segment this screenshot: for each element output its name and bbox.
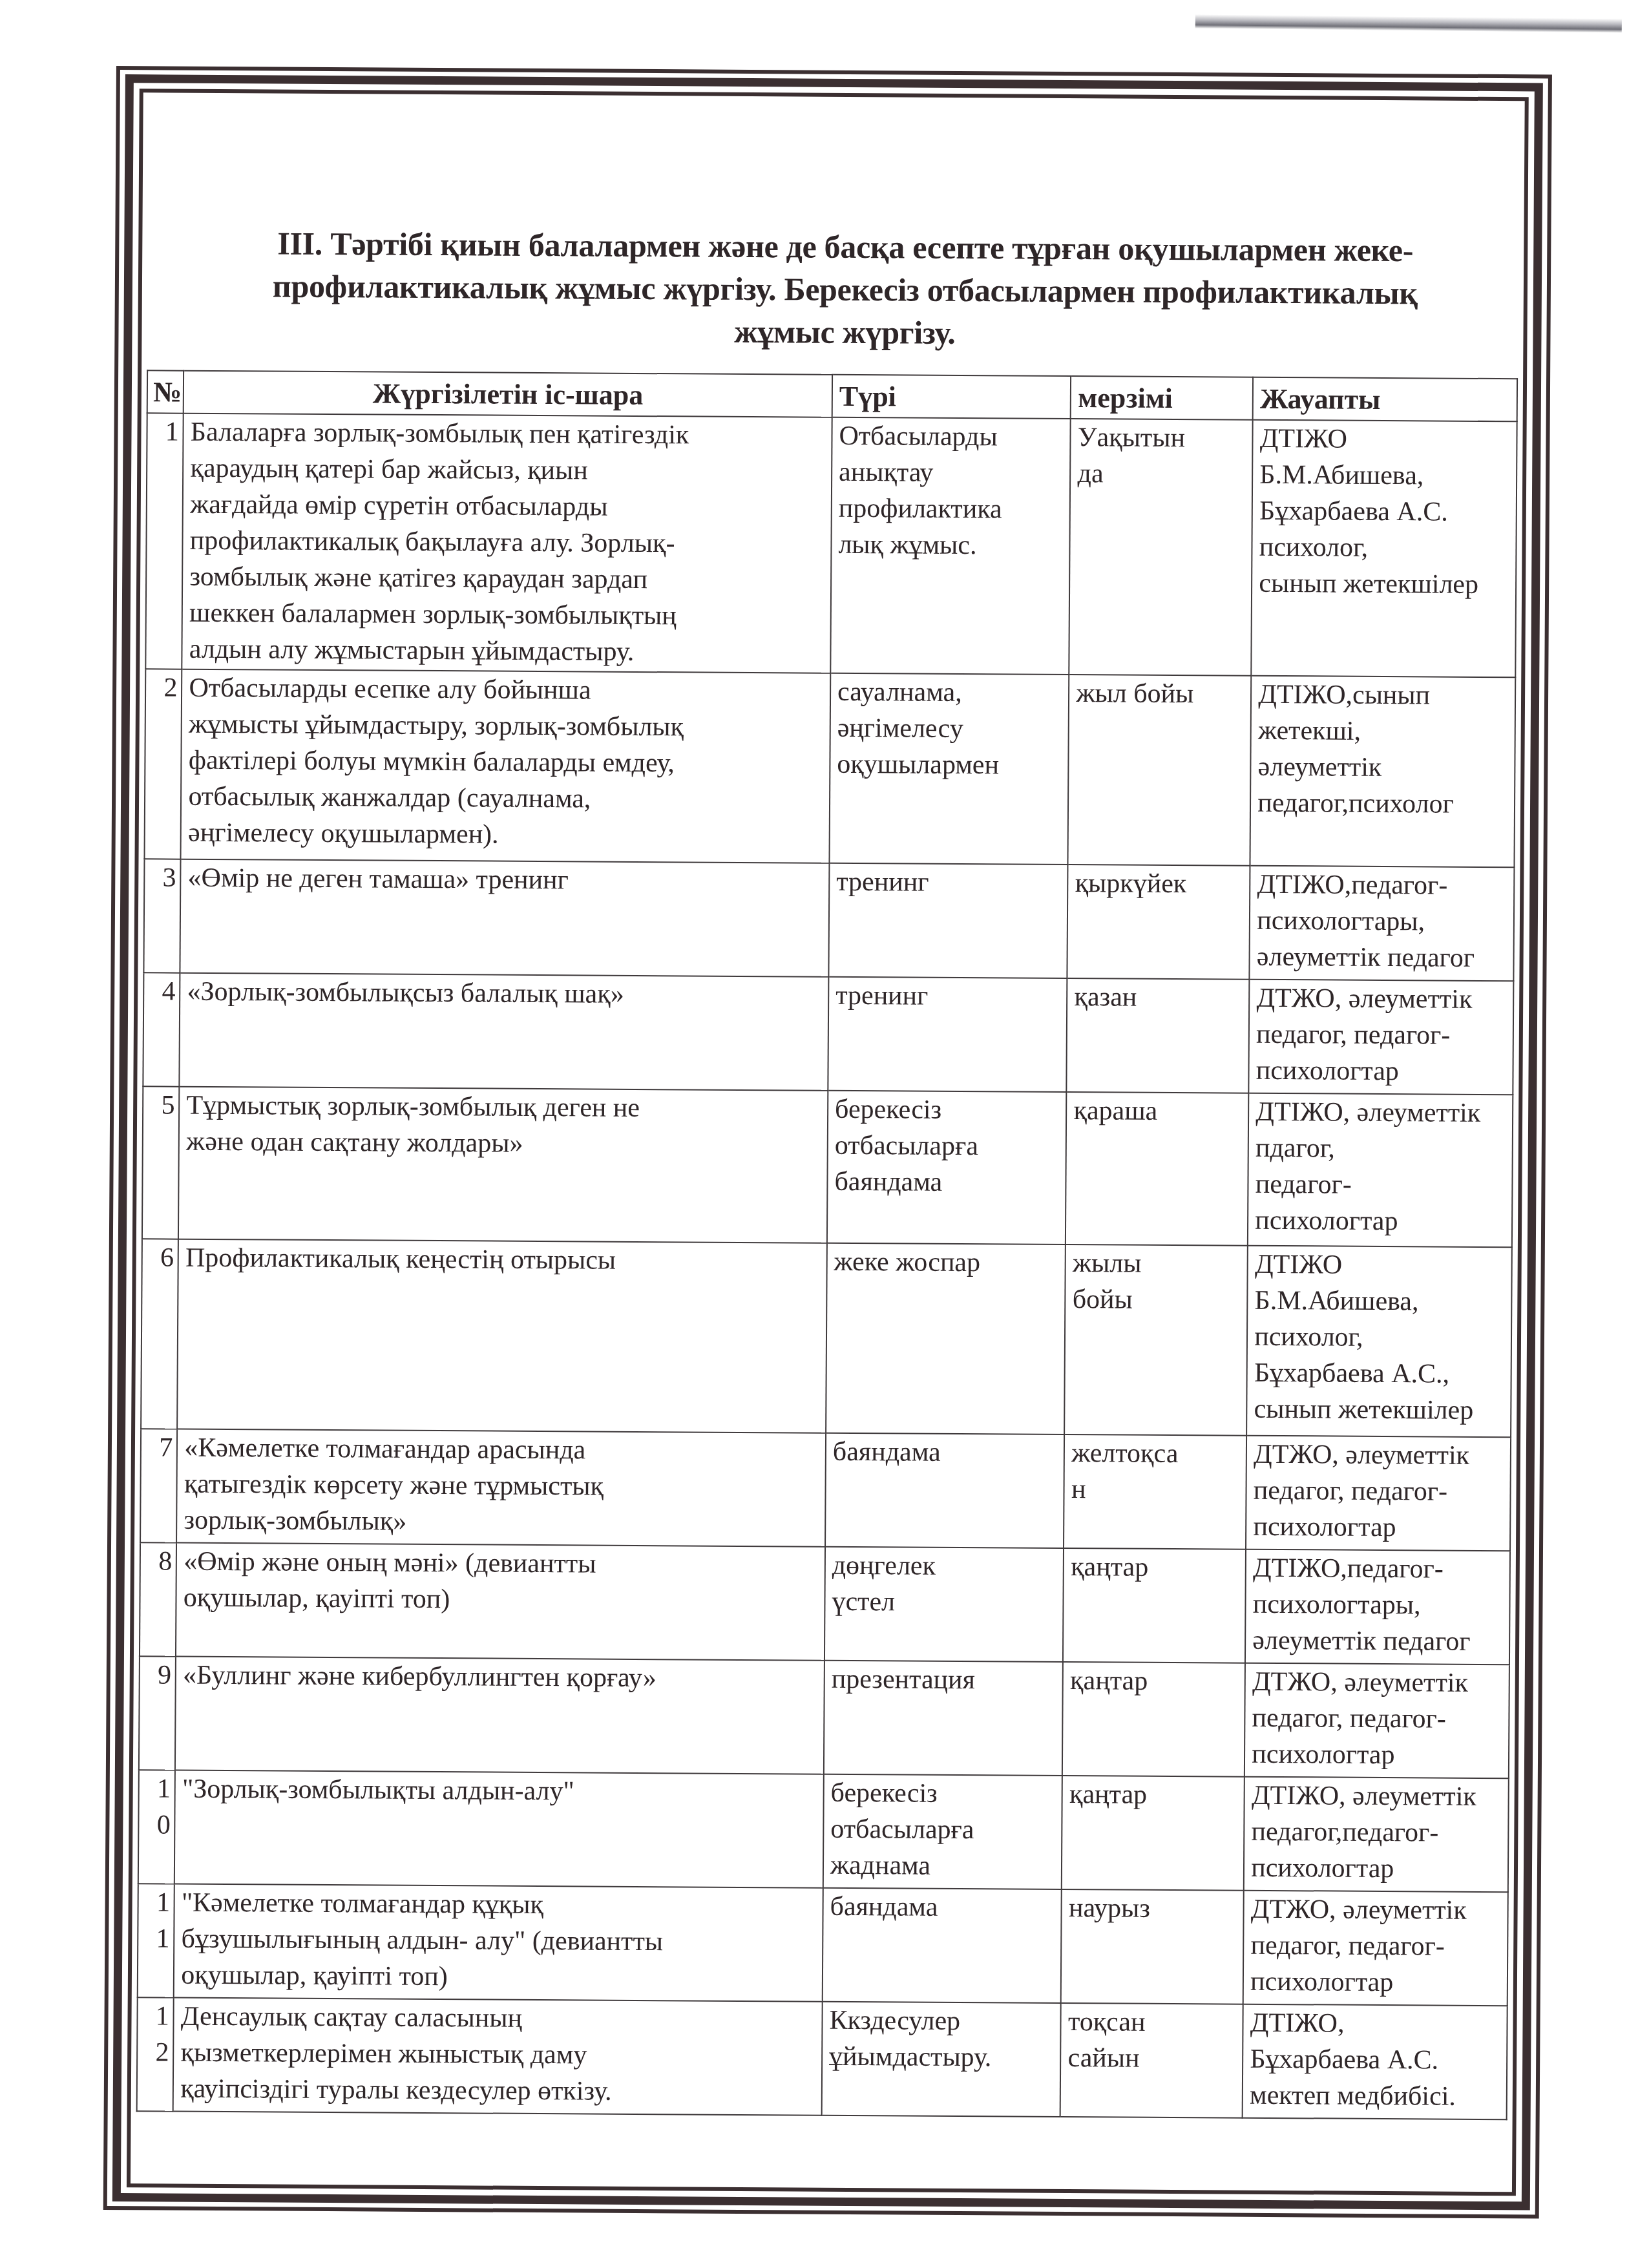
cell-responsible-line: педагог,психолог — [1257, 785, 1507, 823]
cell-number-digit: 0 — [142, 1807, 171, 1843]
cell-responsible-line: педагог, педагог- — [1250, 1927, 1500, 1965]
cell-term: қаңтар — [1062, 1662, 1245, 1777]
cell-type: баяндама — [825, 1433, 1065, 1548]
cell-number-digit: 1 — [142, 1770, 171, 1807]
scanner-edge-artifact — [1195, 14, 1622, 33]
cell-responsible-line: психолог, — [1259, 529, 1509, 567]
table-row: 1Балаларға зорлық-зомбылық пен қатігезді… — [145, 413, 1517, 677]
cell-activity: "Зорлық-зомбылықты алдын-алу" — [174, 1770, 824, 1888]
cell-activity-line: зомбылық және қатігез қараудан зардап — [189, 559, 824, 599]
cell-term: қаңтар — [1062, 1776, 1245, 1891]
cell-type-line: дөңгелек — [832, 1548, 1057, 1585]
page-content: III. Тәртібі қиын балалармен және де бас… — [136, 221, 1519, 2120]
cell-term-line: Уақытын — [1078, 419, 1246, 457]
cell-type-line: Отбасыларды — [839, 418, 1064, 456]
cell-responsible: ДТІЖО, әлеуметтікпедагог,педагог-психоло… — [1244, 1777, 1509, 1892]
cell-type: баяндама — [823, 1888, 1062, 2003]
cell-responsible-line: ДТІЖО, әлеуметтік — [1252, 1778, 1502, 1815]
cell-type-line: баяндама — [830, 1889, 1055, 1926]
table-row: 5Тұрмыстық зорлық-зомбылық деген нежәне … — [142, 1086, 1513, 1247]
cell-activity: "Кәмелетке толмағандар құқықбұзушылығыны… — [174, 1884, 823, 2002]
cell-number-digit: 1 — [141, 1884, 170, 1920]
cell-activity-line: "Зорлық-зомбылықты алдын-алу" — [182, 1771, 817, 1811]
cell-responsible-line: Б.М.Абишева, — [1254, 1283, 1504, 1320]
cell-number-digit: 1 — [140, 1998, 169, 2034]
section-title: III. Тәртібі қиын балалармен және де бас… — [263, 222, 1427, 357]
cell-term-line: жылы — [1073, 1245, 1241, 1283]
cell-term: қараша — [1066, 1092, 1248, 1246]
cell-activity-line: «Кәмелетке толмағандар арасында — [184, 1430, 819, 1470]
cell-activity-line: Денсаулық сақтау саласының — [181, 1999, 815, 2039]
cell-term: жылыбойы — [1065, 1244, 1248, 1436]
cell-number: 7 — [140, 1429, 177, 1542]
cell-responsible-line: ДТЖО, әлеуметтік — [1252, 1664, 1502, 1701]
cell-responsible-line: әлеуметтік педагог — [1257, 939, 1507, 976]
cell-responsible-line: педагог, педагог- — [1254, 1473, 1504, 1510]
cell-activity-line: Профилактикалық кеңестің отырысы — [185, 1240, 820, 1280]
cell-responsible-line: жетекші, — [1258, 713, 1508, 750]
cell-term-line: сайын — [1067, 2040, 1235, 2077]
cell-type-line: анықтау — [839, 454, 1064, 492]
cell-type: Отбасылардыанықтаупрофилактикалық жұмыс. — [830, 417, 1071, 675]
cell-responsible: ДТЖО, әлеуметтікпедагог, педагог-психоло… — [1243, 1891, 1508, 2006]
cell-activity-line: оқушылар, қауіпті топ) — [184, 1580, 818, 1620]
cell-type-line: тренинг — [836, 864, 1061, 901]
cell-responsible-line: Б.М.Абишева, — [1259, 457, 1509, 494]
cell-term: желтоқсан — [1064, 1434, 1246, 1549]
cell-responsible-line: ДТЖО, әлеуметтік — [1251, 1891, 1501, 1929]
cell-activity: Профилактикалық кеңестің отырысы — [177, 1239, 826, 1433]
cell-activity-line: алдын алу жұмыстарын ұйымдастыру. — [189, 631, 824, 671]
cell-activity-line: профилактикалық бақылауға алу. Зорлық- — [190, 523, 824, 563]
header-type: Түрі — [832, 375, 1071, 419]
cell-type-line: баяндама — [833, 1434, 1058, 1471]
cell-responsible: ДТЖО, әлеуметтікпедагог, педагог-психоло… — [1245, 1663, 1509, 1778]
cell-responsible-line: ДТІЖО — [1260, 421, 1510, 458]
table-row: 3«Өмір не деген тамаша» тренингтренингқы… — [143, 859, 1514, 981]
cell-responsible-line: ДТЖО, әлеуметтік — [1254, 1436, 1504, 1474]
table-row: 8«Өмір және оның мәні» (девианттыоқушыла… — [140, 1542, 1510, 1664]
cell-responsible-line: ДТІЖО, — [1250, 2005, 1500, 2042]
cell-activity-line: қараудың қатері бар жайсыз, қиын — [190, 450, 824, 490]
cell-activity: Тұрмыстық зорлық-зомбылық деген нежәне о… — [178, 1087, 828, 1243]
cell-responsible-line: педагог- — [1255, 1166, 1506, 1204]
cell-term: наурыз — [1061, 1889, 1244, 2004]
cell-type-line: баяндама — [834, 1164, 1059, 1201]
cell-activity-line: қатыгездік көрсету және тұрмыстық — [184, 1466, 819, 1506]
cell-type-line: берекесіз — [831, 1775, 1056, 1812]
cell-term-line: қаңтар — [1071, 1549, 1239, 1586]
cell-activity-line: Балаларға зорлық-зомбылық пен қатігездік — [191, 414, 825, 454]
cell-term: жыл бойы — [1068, 675, 1252, 866]
cell-responsible-line: ДТІЖО, әлеуметтік — [1255, 1094, 1506, 1131]
table-row: 12Денсаулық сақтау саласыныңқызметкерлер… — [137, 1997, 1507, 2119]
cell-activity-line: қызметкерлерімен жыныстық даму — [180, 2035, 815, 2075]
cell-responsible-line: психологтары, — [1253, 1586, 1503, 1624]
cell-term: қаңтар — [1063, 1548, 1246, 1663]
cell-type: презентация — [824, 1661, 1064, 1776]
cell-activity: «Зорлық-зомбылықсыз балалық шақ» — [180, 973, 829, 1091]
table-row: 6Профилактикалық кеңестің отырысыжеке жо… — [141, 1239, 1512, 1437]
cell-number: 2 — [145, 669, 182, 859]
cell-number: 3 — [143, 859, 180, 972]
cell-responsible-line: Бұхарбаева А.С. — [1259, 493, 1509, 530]
cell-type: дөңгелекүстел — [824, 1547, 1064, 1662]
cell-responsible-line: сынып жетекшілер — [1259, 565, 1509, 603]
cell-type: сауалнама,әңгімелесуоқушылармен — [829, 673, 1069, 865]
cell-term-line: қаңтар — [1069, 1776, 1237, 1814]
cell-activity-line: «Өмір не деген тамаша» тренинг — [188, 860, 823, 900]
cell-term-line: тоқсан — [1068, 2004, 1236, 2041]
table-row: 10"Зорлық-зомбылықты алдын-алу"берекесіз… — [138, 1770, 1509, 1892]
cell-type-line: әңгімелесу — [837, 710, 1062, 748]
cell-term: қазан — [1067, 978, 1250, 1093]
cell-responsible-line: педагог,педагог- — [1251, 1814, 1501, 1851]
header-number: № — [147, 370, 184, 413]
cell-responsible: ДТІЖО,Бұхарбаева А.С.мектеп медбибісі. — [1243, 2004, 1507, 2119]
cell-activity-line: әңгімелесу оқушылармен). — [188, 815, 823, 855]
cell-responsible-line: ДТІЖО,сынып — [1258, 677, 1508, 714]
cell-type-line: жаднама — [830, 1847, 1055, 1885]
cell-type-line: жеке жоспар — [834, 1244, 1059, 1281]
cell-activity-line: «Буллинг және кибербуллингтен қорғау» — [183, 1657, 817, 1697]
cell-type-line: тренинг — [835, 978, 1060, 1015]
cell-activity-line: оқушылар, қауіпті топ) — [181, 1957, 815, 1997]
cell-number: 10 — [138, 1770, 175, 1884]
cell-responsible-line: әлеуметтік педагог — [1252, 1622, 1502, 1660]
cell-type: тренинг — [828, 863, 1068, 978]
cell-responsible-line: психолог, — [1254, 1319, 1504, 1356]
cell-activity-line: фактілері болуы мүмкін балаларды емдеу, — [189, 742, 823, 782]
cell-responsible-line: пдагог, — [1255, 1130, 1506, 1168]
cell-responsible: ДТЖО, әлеуметтікпедагог, педагог-психоло… — [1246, 1436, 1511, 1551]
cell-type-line: лық жұмыс. — [838, 527, 1063, 564]
cell-type-line: профилактика — [839, 490, 1064, 528]
cell-responsible-line: ДТЖО, әлеуметтік — [1256, 980, 1506, 1018]
cell-activity-line: жұмысты ұйымдастыру, зорлық-зомбылық — [189, 706, 823, 746]
cell-term-line: желтоқса — [1071, 1435, 1239, 1473]
cell-responsible-line: педагог, педагог- — [1252, 1700, 1502, 1738]
cell-number: 8 — [140, 1542, 176, 1656]
cell-responsible-line: ДТІЖО — [1255, 1246, 1505, 1284]
cell-responsible: ДТІЖО, әлеуметтікпдагог,педагог-психолог… — [1248, 1093, 1513, 1247]
cell-responsible-line: әлеуметтік — [1258, 749, 1508, 786]
cell-term-line: қараша — [1073, 1093, 1241, 1130]
cell-activity-line: «Зорлық-зомбылықсыз балалық шақ» — [187, 974, 821, 1014]
cell-responsible: ДТІЖОБ.М.Абишева,психолог,Бұхарбаева А.С… — [1246, 1246, 1512, 1437]
cell-activity: Балаларға зорлық-зомбылық пен қатігездік… — [182, 414, 832, 673]
cell-activity: «Буллинг және кибербуллингтен қорғау» — [175, 1657, 824, 1774]
cell-type: берекесізотбасыларғабаяндама — [827, 1091, 1067, 1244]
table-row: 9«Буллинг және кибербуллингтен қорғау»пр… — [139, 1656, 1509, 1778]
cell-activity-line: Отбасыларды есепке алу бойынша — [189, 670, 823, 710]
cell-responsible: ДТІЖО,педагог-психологтары,әлеуметтік пе… — [1245, 1549, 1510, 1664]
cell-type: берекесізотбасыларғажаднама — [823, 1774, 1063, 1889]
cell-activity-line: "Кәмелетке толмағандар құқық — [182, 1885, 816, 1925]
cell-term-line: да — [1077, 456, 1245, 493]
cell-number: 12 — [137, 1997, 174, 2111]
cell-term: қыркүйек — [1067, 865, 1250, 980]
table-row: 2Отбасыларды есепке алу бойыншажұмысты ұ… — [145, 669, 1516, 867]
cell-activity: «Өмір және оның мәні» (девианттыоқушылар… — [176, 1543, 825, 1661]
cell-type-line: отбасыларға — [835, 1128, 1060, 1165]
cell-activity: «Өмір не деген тамаша» тренинг — [180, 859, 830, 977]
cell-number-digit: 1 — [141, 1920, 170, 1957]
cell-responsible-line: психологтар — [1253, 1509, 1503, 1546]
cell-responsible: ДТІЖО,сыныпжетекші,әлеуметтікпедагог,пси… — [1250, 676, 1516, 867]
page-frame: III. Тәртібі қиын балалармен және де бас… — [103, 66, 1552, 2219]
cell-responsible-line: Бұхарбаева А.С. — [1250, 2041, 1500, 2079]
cell-responsible-line: педагог, педагог- — [1256, 1016, 1506, 1054]
cell-term-line: қыркүйек — [1075, 865, 1243, 903]
cell-number: 11 — [138, 1884, 174, 1997]
cell-type: тренинг — [828, 977, 1067, 1092]
cell-term: Уақытында — [1069, 419, 1253, 676]
cell-responsible: ДТІЖОБ.М.Абишева,Бұхарбаева А.С.психолог… — [1252, 420, 1517, 677]
cell-responsible-line: ДТІЖО,педагог- — [1253, 1550, 1503, 1588]
cell-responsible: ДТІЖО,педагог-психологтары,әлеуметтік пе… — [1250, 866, 1515, 981]
cell-term-line: н — [1071, 1471, 1239, 1509]
header-term: мерзімі — [1071, 376, 1253, 420]
cell-term-line: наурыз — [1069, 1890, 1237, 1927]
cell-term-line: қаңтар — [1070, 1663, 1238, 1700]
cell-type-line: презентация — [832, 1661, 1056, 1699]
table-row: 4«Зорлық-зомбылықсыз балалық шақ»тренинг… — [143, 972, 1513, 1095]
cell-activity-line: бұзушылығының алдын- алу" (девиантты — [181, 1921, 815, 1961]
cell-responsible-line: ДТІЖО,педагог- — [1257, 866, 1507, 904]
cell-number-digit: 2 — [140, 2034, 169, 2070]
cell-responsible-line: психологтар — [1256, 1053, 1506, 1090]
cell-type-line: ұйымдастыру. — [829, 2039, 1054, 2076]
cell-responsible-line: психологтар — [1252, 1736, 1502, 1774]
cell-activity-line: жағдайда өмір сүретін отбасыларды — [190, 487, 824, 527]
cell-activity-line: қауіпсіздігі туралы кездесулер өткізу. — [180, 2071, 815, 2111]
cell-term: тоқсансайын — [1060, 2003, 1243, 2118]
cell-activity-line: және одан сақтану жолдары» — [186, 1124, 821, 1164]
cell-responsible: ДТЖО, әлеуметтікпедагог, педагог-психоло… — [1249, 980, 1514, 1095]
cell-responsible-line: психологтар — [1250, 1964, 1500, 2001]
cell-type: Ккздесулерұйымдастыру. — [822, 2002, 1062, 2117]
cell-type-line: оқушылармен — [837, 746, 1062, 784]
cell-term-line: қазан — [1074, 979, 1242, 1016]
cell-number: 6 — [141, 1239, 178, 1429]
cell-type-line: Ккздесулер — [829, 2002, 1054, 2040]
cell-type: жеке жоспар — [826, 1243, 1066, 1434]
cell-term-line: бойы — [1073, 1281, 1241, 1319]
cell-type-line: үстел — [832, 1584, 1056, 1621]
cell-activity: Денсаулық сақтау саласыныңқызметкерлерім… — [173, 1998, 823, 2116]
cell-type-line: сауалнама, — [837, 674, 1062, 711]
cell-responsible-line: мектеп медбибісі. — [1250, 2077, 1500, 2115]
cell-activity-line: зорлық-зомбылық» — [184, 1502, 818, 1542]
cell-responsible-line: психологтары, — [1257, 903, 1507, 940]
cell-number: 5 — [142, 1086, 180, 1239]
cell-responsible-line: психологтар — [1251, 1850, 1501, 1887]
cell-activity: Отбасыларды есепке алу бойыншажұмысты ұй… — [181, 669, 830, 863]
table-row: 11"Кәмелетке толмағандар құқықбұзушылығы… — [138, 1884, 1508, 2006]
cell-term-line: жыл бойы — [1076, 675, 1244, 713]
cell-responsible-line: психологтар — [1255, 1202, 1505, 1240]
cell-type-line: отбасыларға — [830, 1811, 1055, 1849]
cell-responsible-line: Бұхарбаева А.С., — [1254, 1355, 1504, 1392]
table-row: 7«Кәмелетке толмағандар арасындақатыгезд… — [140, 1429, 1511, 1551]
cell-activity: «Кәмелетке толмағандар арасындақатыгезді… — [176, 1429, 826, 1547]
cell-number: 1 — [145, 413, 184, 669]
activity-plan-table: № Жүргізілетін іс-шара Түрі мерзімі Жауа… — [136, 370, 1518, 2120]
cell-activity-line: отбасылық жанжалдар (сауалнама, — [188, 779, 823, 819]
cell-activity-line: шеккен балалармен зорлық-зомбылықтың — [189, 595, 824, 635]
cell-number: 4 — [143, 972, 180, 1086]
header-activity: Жүргізілетін іс-шара — [184, 371, 832, 417]
cell-activity-line: Тұрмыстық зорлық-зомбылық деген не — [186, 1087, 821, 1128]
cell-type-line: берекесіз — [835, 1091, 1060, 1129]
cell-number: 9 — [139, 1656, 176, 1770]
cell-responsible-line: сынып жетекшілер — [1254, 1391, 1504, 1429]
header-responsible: Жауапты — [1253, 377, 1517, 421]
cell-activity-line: «Өмір және оның мәні» (девиантты — [184, 1544, 818, 1584]
table-body: 1Балаларға зорлық-зомбылық пен қатігезді… — [137, 413, 1517, 2119]
